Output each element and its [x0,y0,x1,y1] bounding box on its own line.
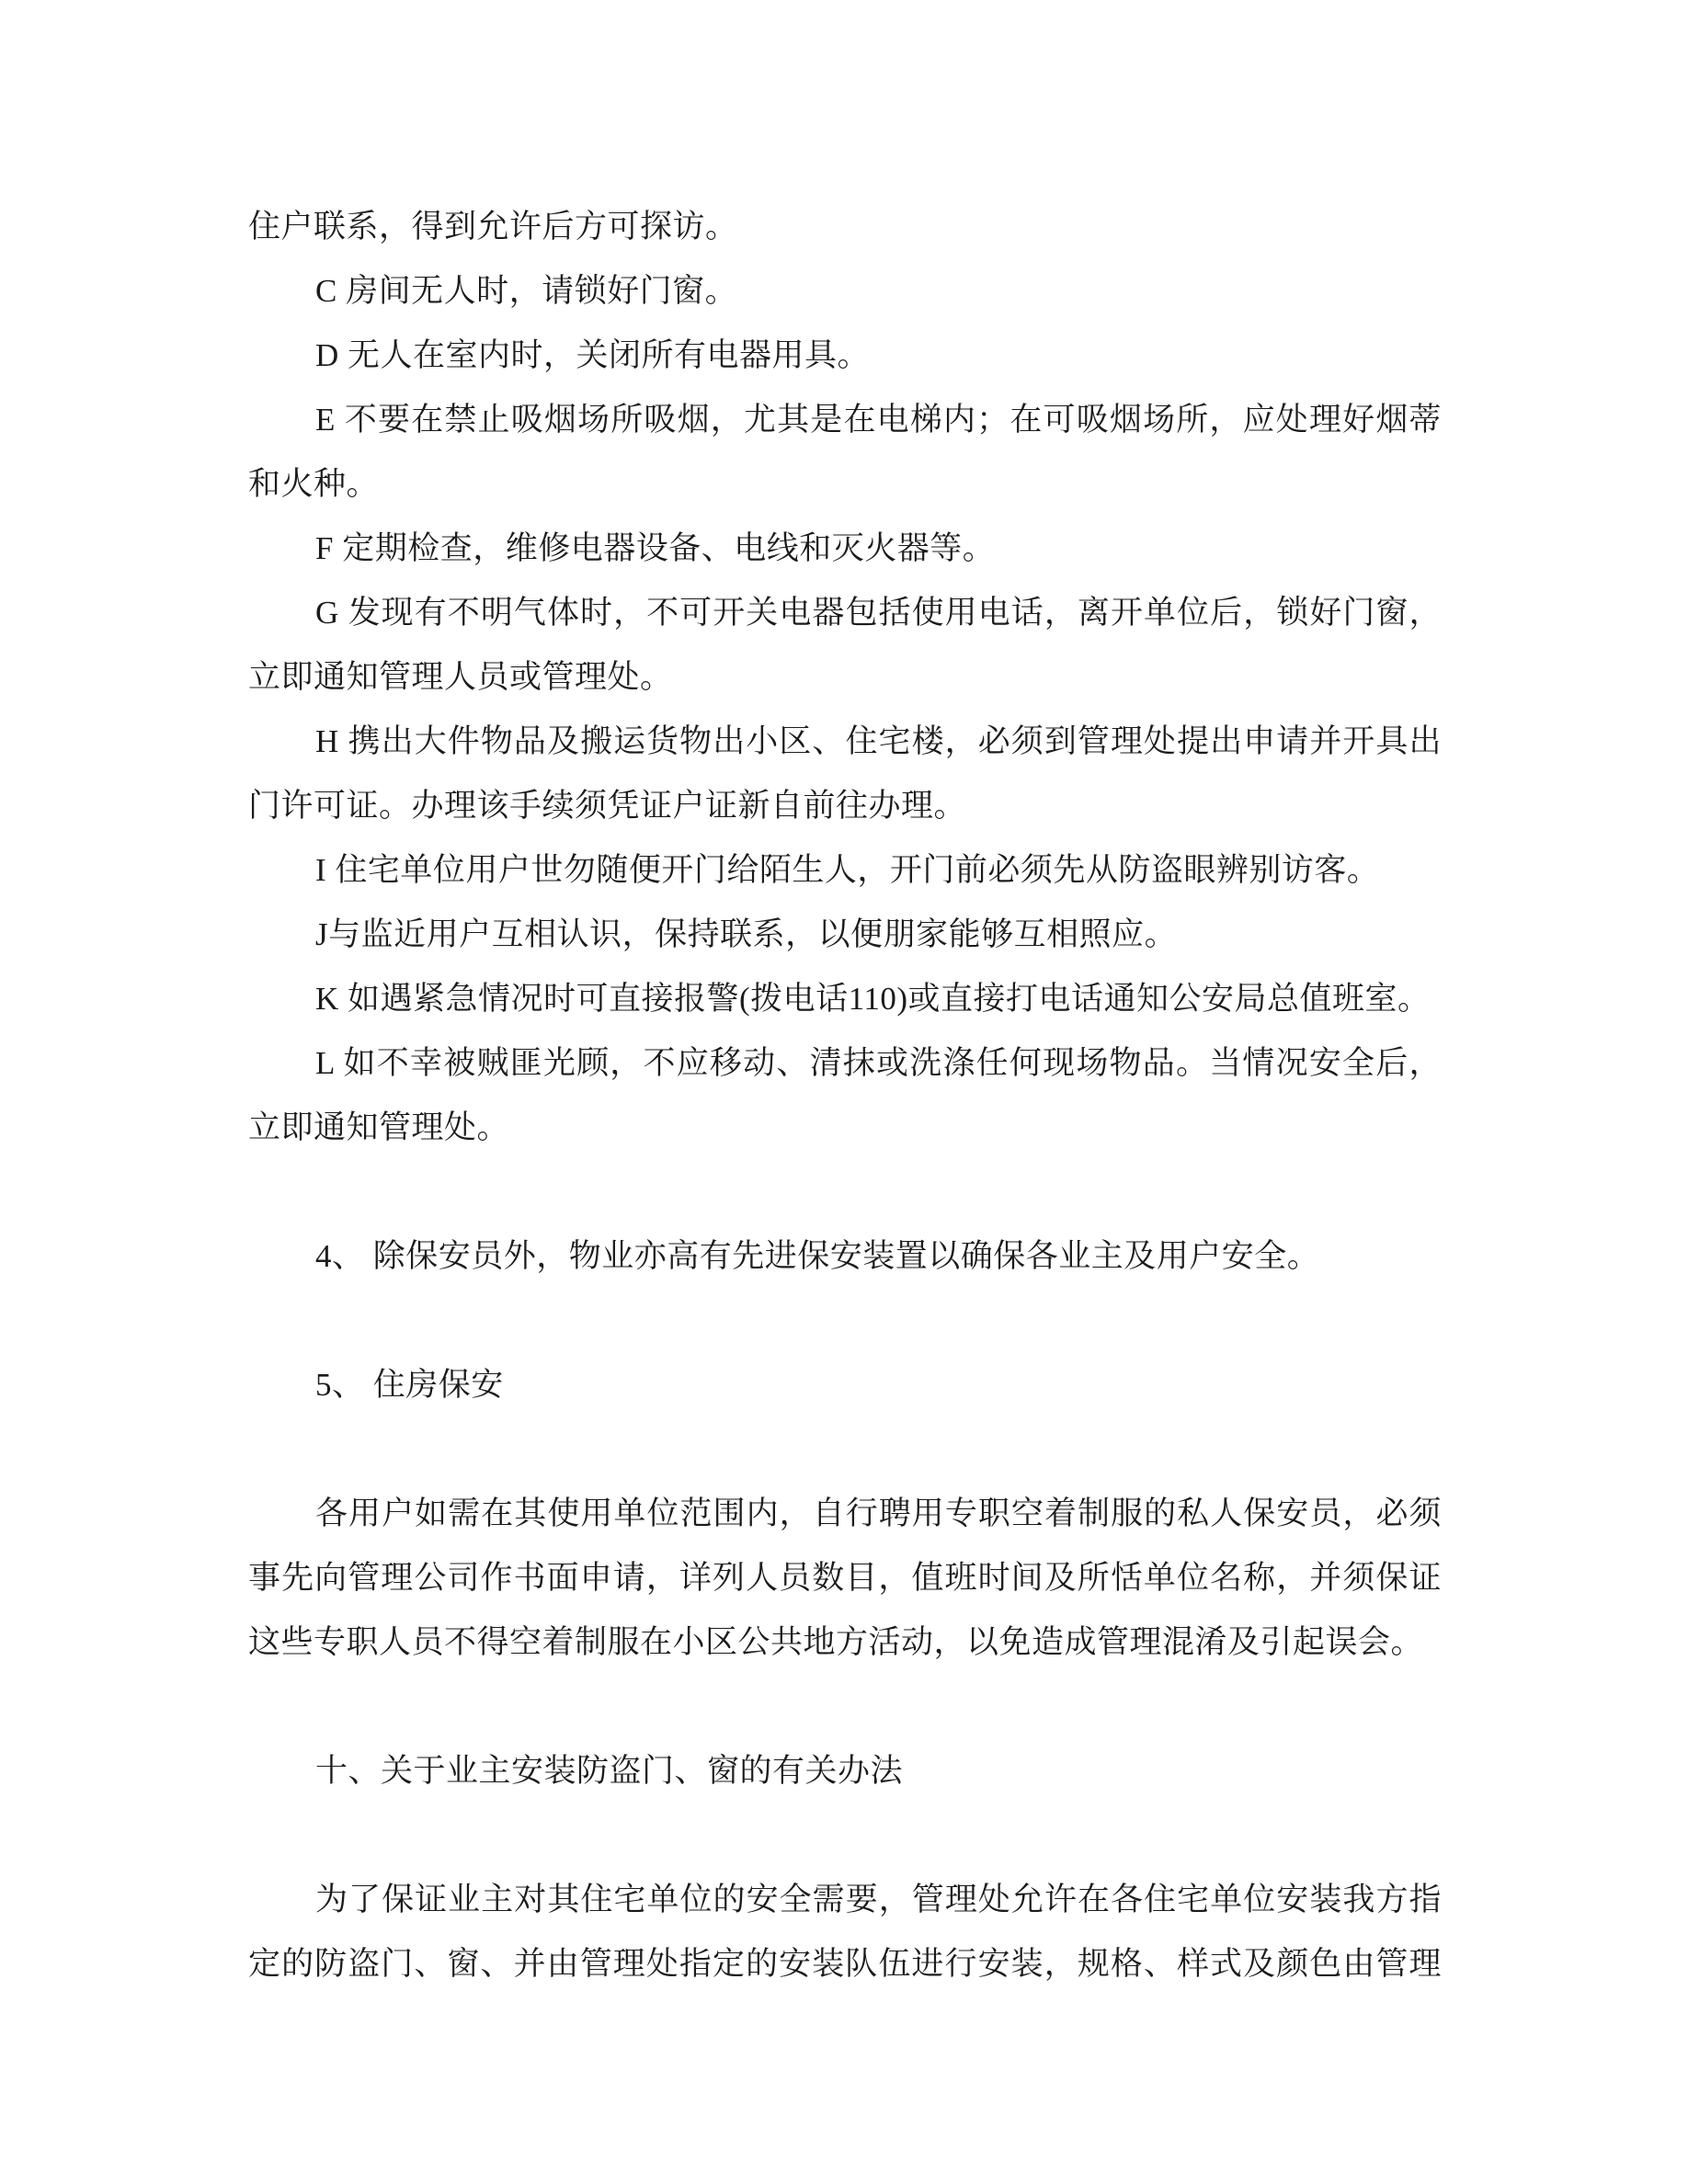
para-security-doors-line-1: 为了保证业主对其住宅单位的安全需要，管理处允许在各住宅单位安装我方指 [248,1868,1442,1932]
blank-line [248,1803,1442,1868]
para-security-guards-line-3: 这些专职人员不得空着制服在小区公共地方活动，以免造成管理混淆及引起误会。 [248,1610,1442,1675]
item-g-line-2: 立即通知管理人员或管理处。 [248,645,1442,710]
item-g-line-1: G 发现有不明气体时，不可开关电器包括使用电话，离开单位后，锁好门窗， [248,581,1442,645]
item-h-line-1: H 携出大件物品及搬运货物出小区、住宅楼，必须到管理处提出申请并开具出 [248,710,1442,774]
blank-line [248,1417,1442,1482]
blank-line [248,1289,1442,1353]
document-text-block: 住户联系，得到允许后方可探访。 C 房间无人时，请锁好门窗。 D 无人在室内时，… [248,195,1442,1996]
item-j: J与监近用户互相认识，保持联系，以便朋家能够互相照应。 [248,903,1442,967]
item-4: 4、 除保安员外，物业亦高有先进保安装置以确保各业主及用户安全。 [248,1224,1442,1289]
item-l-line-2: 立即通知管理处。 [248,1096,1442,1160]
item-d: D 无人在室内时，关闭所有电器用具。 [248,324,1442,388]
item-k: K 如遇紧急情况时可直接报警(拨电话110)或直接打电话通知公安局总值班室。 [248,967,1442,1031]
item-e-line-1: E 不要在禁止吸烟场所吸烟，尤其是在电梯内；在可吸烟场所，应处理好烟蒂 [248,388,1442,452]
item-5-heading: 5、 住房保安 [248,1353,1442,1417]
item-e-line-2: 和火种。 [248,452,1442,517]
item-f: F 定期检查，维修电器设备、电线和灭火器等。 [248,517,1442,581]
section-10-heading: 十、关于业主安装防盗门、窗的有关办法 [248,1739,1442,1803]
blank-line [248,1675,1442,1739]
para-security-doors-line-2: 定的防盗门、窗、并由管理处指定的安装队伍进行安装，规格、样式及颜色由管理 [248,1932,1442,1996]
para-continuation-visitors: 住户联系，得到允许后方可探访。 [248,195,1442,259]
item-h-line-2: 门许可证。办理该手续须凭证户证新自前往办理。 [248,774,1442,838]
document-page: 住户联系，得到允许后方可探访。 C 房间无人时，请锁好门窗。 D 无人在室内时，… [0,0,1688,2184]
item-i: I 住宅单位用户世勿随便开门给陌生人，开门前必须先从防盗眼辨别访客。 [248,838,1442,903]
para-security-guards-line-1: 各用户如需在其使用单位范围内，自行聘用专职空着制服的私人保安员，必须 [248,1482,1442,1546]
blank-line [248,1160,1442,1224]
para-security-guards-line-2: 事先向管理公司作书面申请，详列人员数目，值班时间及所恬单位名称，并须保证 [248,1546,1442,1610]
item-c: C 房间无人时，请锁好门窗。 [248,259,1442,324]
item-l-line-1: L 如不幸被贼匪光顾，不应移动、清抹或洗涤任何现场物品。当情况安全后， [248,1031,1442,1096]
